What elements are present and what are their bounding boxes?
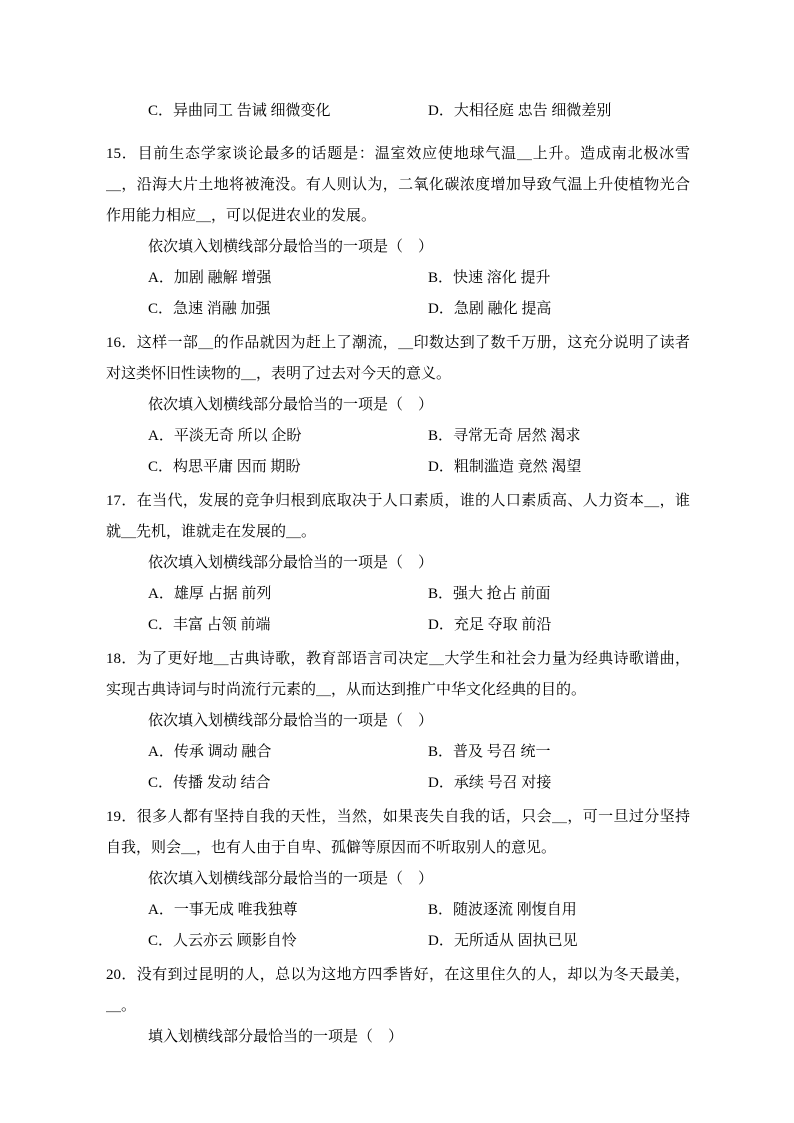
question-19-text: 很多人都有坚持自我的天性，当然，如果丧失自我的话，只会＿，可一旦过分坚持自我，则… — [106, 809, 690, 856]
question-17: 17．在当代，发展的竞争归根到底取决于人口素质，谁的人口素质高、人力资本＿，谁就… — [106, 486, 690, 641]
question-17-option-b: B．强大 抢占 前面 — [428, 579, 690, 610]
question-16-option-d: D．粗制滥造 竟然 渴望 — [428, 452, 690, 483]
prev-option-c: C．异曲同工 告诫 细微变化 — [148, 96, 428, 127]
question-18-option-a: A．传承 调动 融合 — [148, 737, 428, 768]
question-18-options-ab: A．传承 调动 融合 B．普及 号召 统一 — [106, 737, 690, 768]
question-19-prompt: 依次填入划横线部分最恰当的一项是（ ） — [106, 864, 690, 895]
question-16-number: 16． — [106, 335, 137, 351]
question-16-options-ab: A．平淡无奇 所以 企盼 B．寻常无奇 居然 渴求 — [106, 421, 690, 452]
question-16-option-a: A．平淡无奇 所以 企盼 — [148, 421, 428, 452]
question-16-option-b: B．寻常无奇 居然 渴求 — [428, 421, 690, 452]
question-15-options-cd: C．急速 消融 加强 D．急剧 融化 提高 — [106, 294, 690, 325]
question-15-options-ab: A．加剧 融解 增强 B．快速 溶化 提升 — [106, 263, 690, 294]
question-19-options-ab: A．一事无成 唯我独尊 B．随波逐流 刚愎自用 — [106, 895, 690, 926]
question-18-options-cd: C．传播 发动 结合 D．承续 号召 对接 — [106, 768, 690, 799]
previous-question-options-row: C．异曲同工 告诫 细微变化 D．大相径庭 忠告 细微差别 — [106, 96, 690, 127]
question-17-option-d: D．充足 夺取 前沿 — [428, 610, 690, 641]
question-17-option-c: C．丰富 占领 前端 — [148, 610, 428, 641]
question-19-number: 19． — [106, 809, 137, 825]
question-18-option-d: D．承续 号召 对接 — [428, 768, 690, 799]
question-16-options-cd: C．构思平庸 因而 期盼 D．粗制滥造 竟然 渴望 — [106, 452, 690, 483]
question-17-prompt: 依次填入划横线部分最恰当的一项是（ ） — [106, 548, 690, 579]
question-19-option-d: D．无所适从 固执已见 — [428, 926, 690, 957]
question-16-text: 这样一部＿的作品就因为赶上了潮流，＿印数达到了数千万册，这充分说明了读者对这类怀… — [106, 335, 690, 382]
prev-option-d: D．大相径庭 忠告 细微差别 — [428, 96, 690, 127]
question-15-option-a: A．加剧 融解 增强 — [148, 263, 428, 294]
question-17-options-cd: C．丰富 占领 前端 D．充足 夺取 前沿 — [106, 610, 690, 641]
question-15-stem: 15．目前生态学家谈论最多的话题是：温室效应使地球气温＿上升。造成南北极冰雪＿，… — [106, 139, 690, 232]
question-20-stem: 20．没有到过昆明的人，总以为这地方四季皆好，在这里住久的人，却以为冬天最美，＿… — [106, 960, 690, 1022]
question-15-option-c: C．急速 消融 加强 — [148, 294, 428, 325]
question-16-stem: 16．这样一部＿的作品就因为赶上了潮流，＿印数达到了数千万册，这充分说明了读者对… — [106, 328, 690, 390]
question-16: 16．这样一部＿的作品就因为赶上了潮流，＿印数达到了数千万册，这充分说明了读者对… — [106, 328, 690, 483]
question-15-text: 目前生态学家谈论最多的话题是：温室效应使地球气温＿上升。造成南北极冰雪＿，沿海大… — [106, 146, 690, 224]
question-18-stem: 18．为了更好地＿古典诗歌，教育部语言司决定＿大学生和社会力量为经典诗歌谱曲，实… — [106, 644, 690, 706]
question-15: 15．目前生态学家谈论最多的话题是：温室效应使地球气温＿上升。造成南北极冰雪＿，… — [106, 139, 690, 325]
question-18-number: 18． — [106, 651, 137, 667]
question-17-stem: 17．在当代，发展的竞争归根到底取决于人口素质，谁的人口素质高、人力资本＿，谁就… — [106, 486, 690, 548]
question-17-text: 在当代，发展的竞争归根到底取决于人口素质，谁的人口素质高、人力资本＿，谁就＿先机… — [106, 493, 690, 540]
question-18-text: 为了更好地＿古典诗歌，教育部语言司决定＿大学生和社会力量为经典诗歌谱曲，实现古典… — [106, 651, 690, 698]
question-18: 18．为了更好地＿古典诗歌，教育部语言司决定＿大学生和社会力量为经典诗歌谱曲，实… — [106, 644, 690, 799]
question-19-option-a: A．一事无成 唯我独尊 — [148, 895, 428, 926]
question-17-options-ab: A．雄厚 占据 前列 B．强大 抢占 前面 — [106, 579, 690, 610]
exam-page: C．异曲同工 告诫 细微变化 D．大相径庭 忠告 细微差别 15．目前生态学家谈… — [0, 0, 794, 1123]
question-20-number: 20． — [106, 967, 137, 983]
question-20: 20．没有到过昆明的人，总以为这地方四季皆好，在这里住久的人，却以为冬天最美，＿… — [106, 960, 690, 1053]
question-15-option-b: B．快速 溶化 提升 — [428, 263, 690, 294]
question-16-prompt: 依次填入划横线部分最恰当的一项是（ ） — [106, 390, 690, 421]
question-15-prompt: 依次填入划横线部分最恰当的一项是（ ） — [106, 232, 690, 263]
question-19: 19．很多人都有坚持自我的天性，当然，如果丧失自我的话，只会＿，可一旦过分坚持自… — [106, 802, 690, 957]
question-19-stem: 19．很多人都有坚持自我的天性，当然，如果丧失自我的话，只会＿，可一旦过分坚持自… — [106, 802, 690, 864]
question-15-number: 15． — [106, 146, 138, 162]
question-20-prompt: 填入划横线部分最恰当的一项是（ ） — [106, 1022, 690, 1053]
question-19-option-c: C．人云亦云 顾影自怜 — [148, 926, 428, 957]
question-17-option-a: A．雄厚 占据 前列 — [148, 579, 428, 610]
question-19-options-cd: C．人云亦云 顾影自怜 D．无所适从 固执已见 — [106, 926, 690, 957]
question-18-option-b: B．普及 号召 统一 — [428, 737, 690, 768]
question-19-option-b: B．随波逐流 刚愎自用 — [428, 895, 690, 926]
question-16-option-c: C．构思平庸 因而 期盼 — [148, 452, 428, 483]
question-18-prompt: 依次填入划横线部分最恰当的一项是（ ） — [106, 706, 690, 737]
question-20-text: 没有到过昆明的人，总以为这地方四季皆好，在这里住久的人，却以为冬天最美，＿。 — [106, 967, 690, 1014]
question-17-number: 17． — [106, 493, 137, 509]
question-15-option-d: D．急剧 融化 提高 — [428, 294, 690, 325]
question-18-option-c: C．传播 发动 结合 — [148, 768, 428, 799]
